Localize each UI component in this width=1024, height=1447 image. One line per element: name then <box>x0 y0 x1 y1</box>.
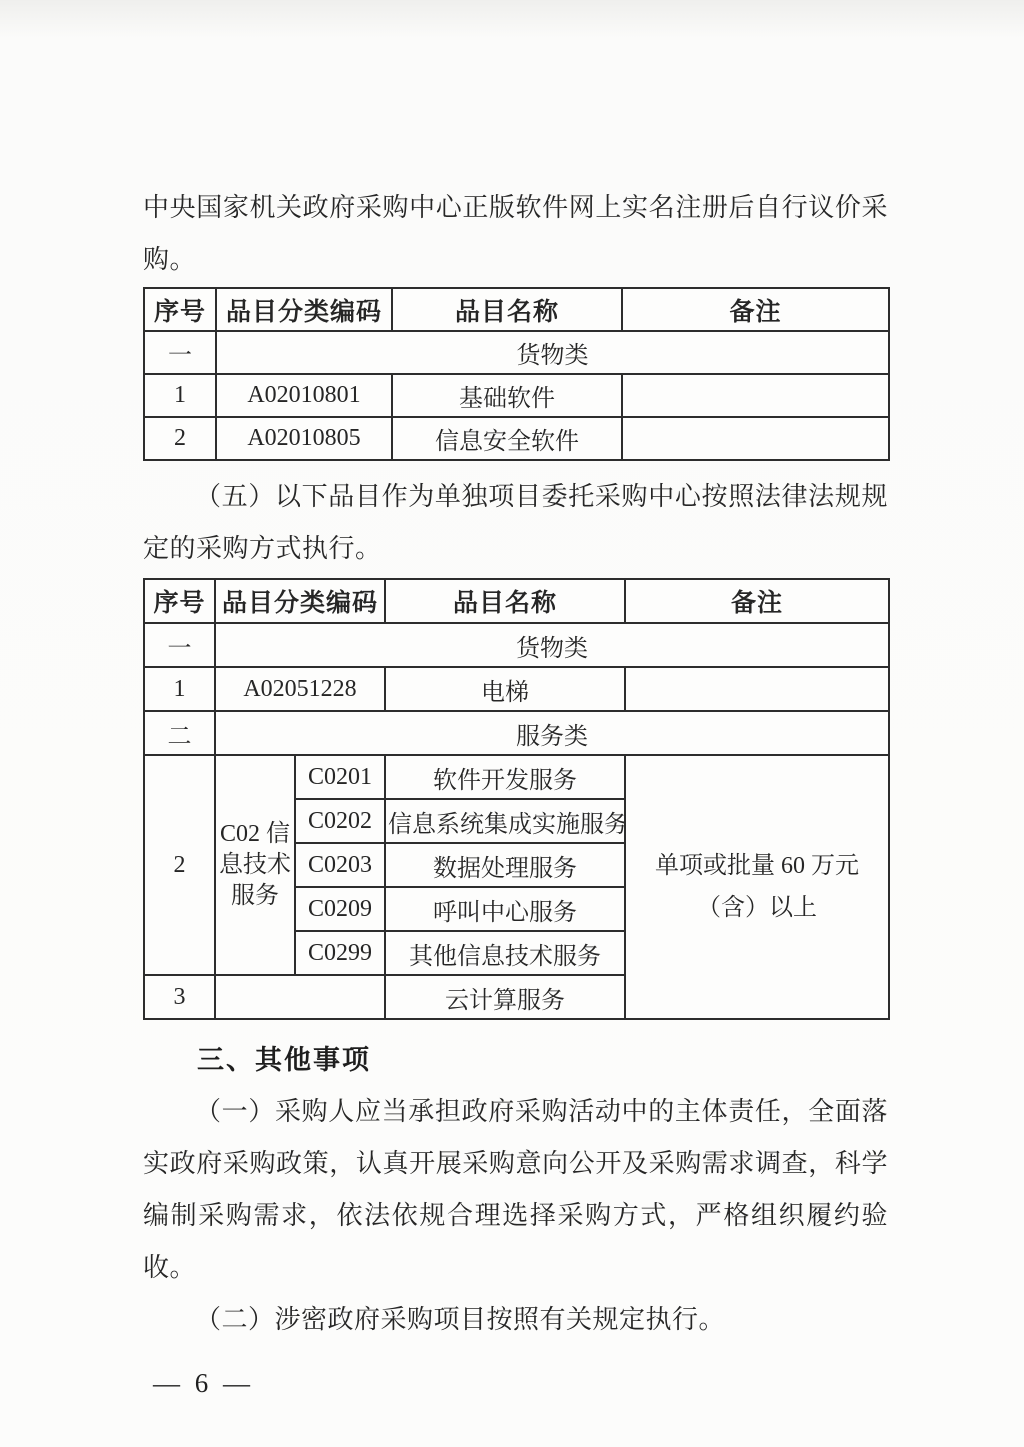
row-seq: 3 <box>144 975 215 1019</box>
table1-header-row: 序号 品目分类编码 品目名称 备注 <box>144 288 889 331</box>
item-code: C0203 <box>295 843 385 887</box>
row-remark-empty <box>622 374 889 417</box>
table2-header-remark: 备注 <box>625 579 889 623</box>
table2-header-code: 品目分类编码 <box>215 579 385 623</box>
row-seq: 1 <box>144 667 215 711</box>
delegated-items-table: 序号 品目分类编码 品目名称 备注 一 货物类 1 A02051228 电梯 二… <box>143 578 890 1020</box>
table-row: 1 A02010801 基础软件 <box>144 374 889 417</box>
item-code: C0209 <box>295 887 385 931</box>
row-name: 基础软件 <box>392 374 622 417</box>
page-number: — 6 — <box>153 1368 888 1399</box>
item-name: 数据处理服务 <box>385 843 625 887</box>
row-code: A02010805 <box>216 417 392 460</box>
row-code: A02051228 <box>215 667 385 711</box>
para-five: （五）以下品目作为单独项目委托采购中心按照法律法规规定的采购方式执行。 <box>143 471 888 575</box>
item-name: 呼叫中心服务 <box>385 887 625 931</box>
item-code: C0201 <box>295 755 385 799</box>
table-row: 1 A02051228 电梯 <box>144 667 889 711</box>
it-group-seq: 2 <box>144 755 215 975</box>
category-label: 货物类 <box>215 623 889 667</box>
table1-header-remark: 备注 <box>622 288 889 331</box>
row-remark-empty <box>622 417 889 460</box>
item-code: C0202 <box>295 799 385 843</box>
table2-header-row: 序号 品目分类编码 品目名称 备注 <box>144 579 889 623</box>
category-seq: 二 <box>144 711 215 755</box>
table2-service-category-row: 二 服务类 <box>144 711 889 755</box>
item-code: C0299 <box>295 931 385 975</box>
section-three-heading: 三、其他事项 <box>143 1034 888 1086</box>
table-row: 2 A02010805 信息安全软件 <box>144 417 889 460</box>
table2-header-name: 品目名称 <box>385 579 625 623</box>
item-name: 信息系统集成实施服务 <box>385 799 625 843</box>
category-label: 货物类 <box>216 331 889 374</box>
row-remark-empty <box>625 667 889 711</box>
it-group-label: C02 信息技术服务 <box>215 755 295 975</box>
table1-header-code: 品目分类编码 <box>216 288 392 331</box>
row-seq: 1 <box>144 374 216 417</box>
row-code: A02010801 <box>216 374 392 417</box>
category-seq: 一 <box>144 623 215 667</box>
table2-goods-category-row: 一 货物类 <box>144 623 889 667</box>
table1-category-row: 一 货物类 <box>144 331 889 374</box>
item-name: 其他信息技术服务 <box>385 931 625 975</box>
document-page: 中央国家机关政府采购中心正版软件网上实名注册后自行议价采购。 序号 品目分类编码… <box>0 0 1024 1447</box>
row-name: 云计算服务 <box>385 975 625 1019</box>
row-name: 信息安全软件 <box>392 417 622 460</box>
category-label: 服务类 <box>215 711 889 755</box>
table-row: 2 C02 信息技术服务 C0201 软件开发服务 单项或批量 60 万元（含）… <box>144 755 889 799</box>
category-seq: 一 <box>144 331 216 374</box>
intro-paragraph: 中央国家机关政府采购中心正版软件网上实名注册后自行议价采购。 <box>143 182 888 286</box>
para-one: （一）采购人应当承担政府采购活动中的主体责任，全面落实政府采购政策，认真开展采购… <box>143 1086 888 1294</box>
table1-header-seq: 序号 <box>144 288 216 331</box>
item-name: 软件开发服务 <box>385 755 625 799</box>
para-two: （二）涉密政府采购项目按照有关规定执行。 <box>143 1294 888 1346</box>
row-seq: 2 <box>144 417 216 460</box>
table1-header-name: 品目名称 <box>392 288 622 331</box>
table2-header-seq: 序号 <box>144 579 215 623</box>
spacer <box>143 461 888 471</box>
row-code-empty <box>215 975 385 1019</box>
row-name: 电梯 <box>385 667 625 711</box>
it-group-remark: 单项或批量 60 万元（含）以上 <box>625 755 889 1019</box>
software-items-table: 序号 品目分类编码 品目名称 备注 一 货物类 1 A02010801 基础软件… <box>143 287 890 461</box>
